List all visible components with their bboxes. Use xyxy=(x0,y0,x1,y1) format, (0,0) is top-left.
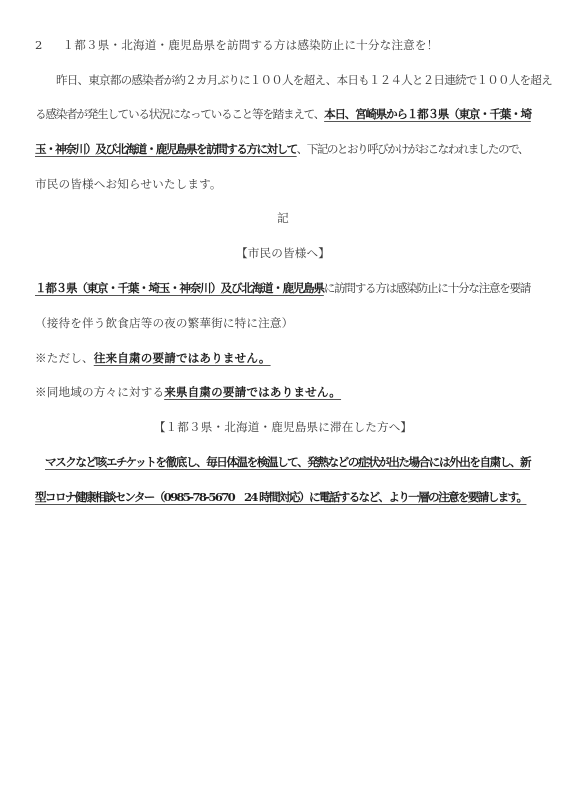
section2-title-text: 【１都３県・北海道・鹿児島県に滞在した方へ】 xyxy=(154,420,412,434)
emphasized-text: １都３県（東京・千葉・埼玉・神奈川）及び北海道・鹿児島県 xyxy=(35,281,324,295)
request-text: に訪問する方は感染防止に十分な注意を要請 xyxy=(324,281,530,295)
emphasized-text: 来県自粛の要請ではありません。 xyxy=(164,385,341,399)
paragraph-line-2: る感染者が発生している状況になっていること等を踏まえて、本日、宮崎県から１都３県… xyxy=(35,106,531,122)
heading-number: 2 xyxy=(35,38,43,52)
note-text: ※ただし、 xyxy=(35,351,94,365)
section1-title-text: 【市民の皆様へ】 xyxy=(236,246,330,260)
note-text: （接待を伴う飲食店等の夜の繁華街に特に注意） xyxy=(35,316,293,330)
heading-text: １都３県・北海道・鹿児島県を訪問する方は感染防止に十分な注意を！ xyxy=(63,38,439,52)
section1-note: （接待を伴う飲食店等の夜の繁華街に特に注意） xyxy=(35,315,293,331)
paragraph-line-1: 昨日、東京都の感染者が約２カ月ぶりに１００人を超え、本日も１２４人と２日連続で１… xyxy=(56,72,552,88)
paragraph-text: 市民の皆様へお知らせいたします。 xyxy=(35,177,222,191)
paragraph-text: る感染者が発生している状況になっていること等を踏まえて、 xyxy=(35,107,324,121)
paragraph-line-4: 市民の皆様へお知らせいたします。 xyxy=(35,176,222,192)
section2-title: 【１都３県・北海道・鹿児島県に滞在した方へ】 xyxy=(0,419,566,435)
note-text: ※同地域の方々に対する xyxy=(35,385,164,399)
emphasized-text: 玉・神奈川）及び北海道・鹿児島県を訪問する方に対して xyxy=(35,142,297,156)
section1-note-2: ※ただし、往来自粛の要請ではありません。 xyxy=(35,350,271,366)
paragraph-line-3: 玉・神奈川）及び北海道・鹿児島県を訪問する方に対して、下記のとおり呼びかけがおこ… xyxy=(35,141,528,157)
section1-title: 【市民の皆様へ】 xyxy=(0,245,566,261)
section1-note-3: ※同地域の方々に対する来県自粛の要請ではありません。 xyxy=(35,384,341,400)
section-heading: 2１都３県・北海道・鹿児島県を訪問する方は感染防止に十分な注意を！ xyxy=(35,37,438,53)
emphasized-text: 本日、宮崎県から１都３県（東京・千葉・埼 xyxy=(324,107,531,121)
section1-request: １都３県（東京・千葉・埼玉・神奈川）及び北海道・鹿児島県に訪問する方は感染防止に… xyxy=(35,280,530,296)
paragraph-text: 、下記のとおり呼びかけがおこなわれましたので、 xyxy=(297,142,528,156)
section2-line-2: 型コロナ健康相談センター（0985-78-5670 24 時間対応）に電話するな… xyxy=(35,489,526,505)
paragraph-text: 昨日、東京都の感染者が約２カ月ぶりに１００人を超え、本日も１２４人と２日連続で１… xyxy=(56,73,552,87)
emphasized-text: 往来自粛の要請ではありません。 xyxy=(94,351,271,365)
emphasized-text: マスクなど咳エチケットを徹底し、毎日体温を検温して、発熱などの症状が出た場合には… xyxy=(45,455,530,469)
emphasized-text: 型コロナ健康相談センター（0985-78-5670 24 時間対応）に電話するな… xyxy=(35,490,526,504)
document-page: 2１都３県・北海道・鹿児島県を訪問する方は感染防止に十分な注意を！ 昨日、東京都… xyxy=(0,0,566,800)
section2-line-1: マスクなど咳エチケットを徹底し、毎日体温を検温して、発熱などの症状が出た場合には… xyxy=(45,454,530,470)
ki-label: 記 xyxy=(0,210,566,226)
ki-text: 記 xyxy=(277,211,289,225)
